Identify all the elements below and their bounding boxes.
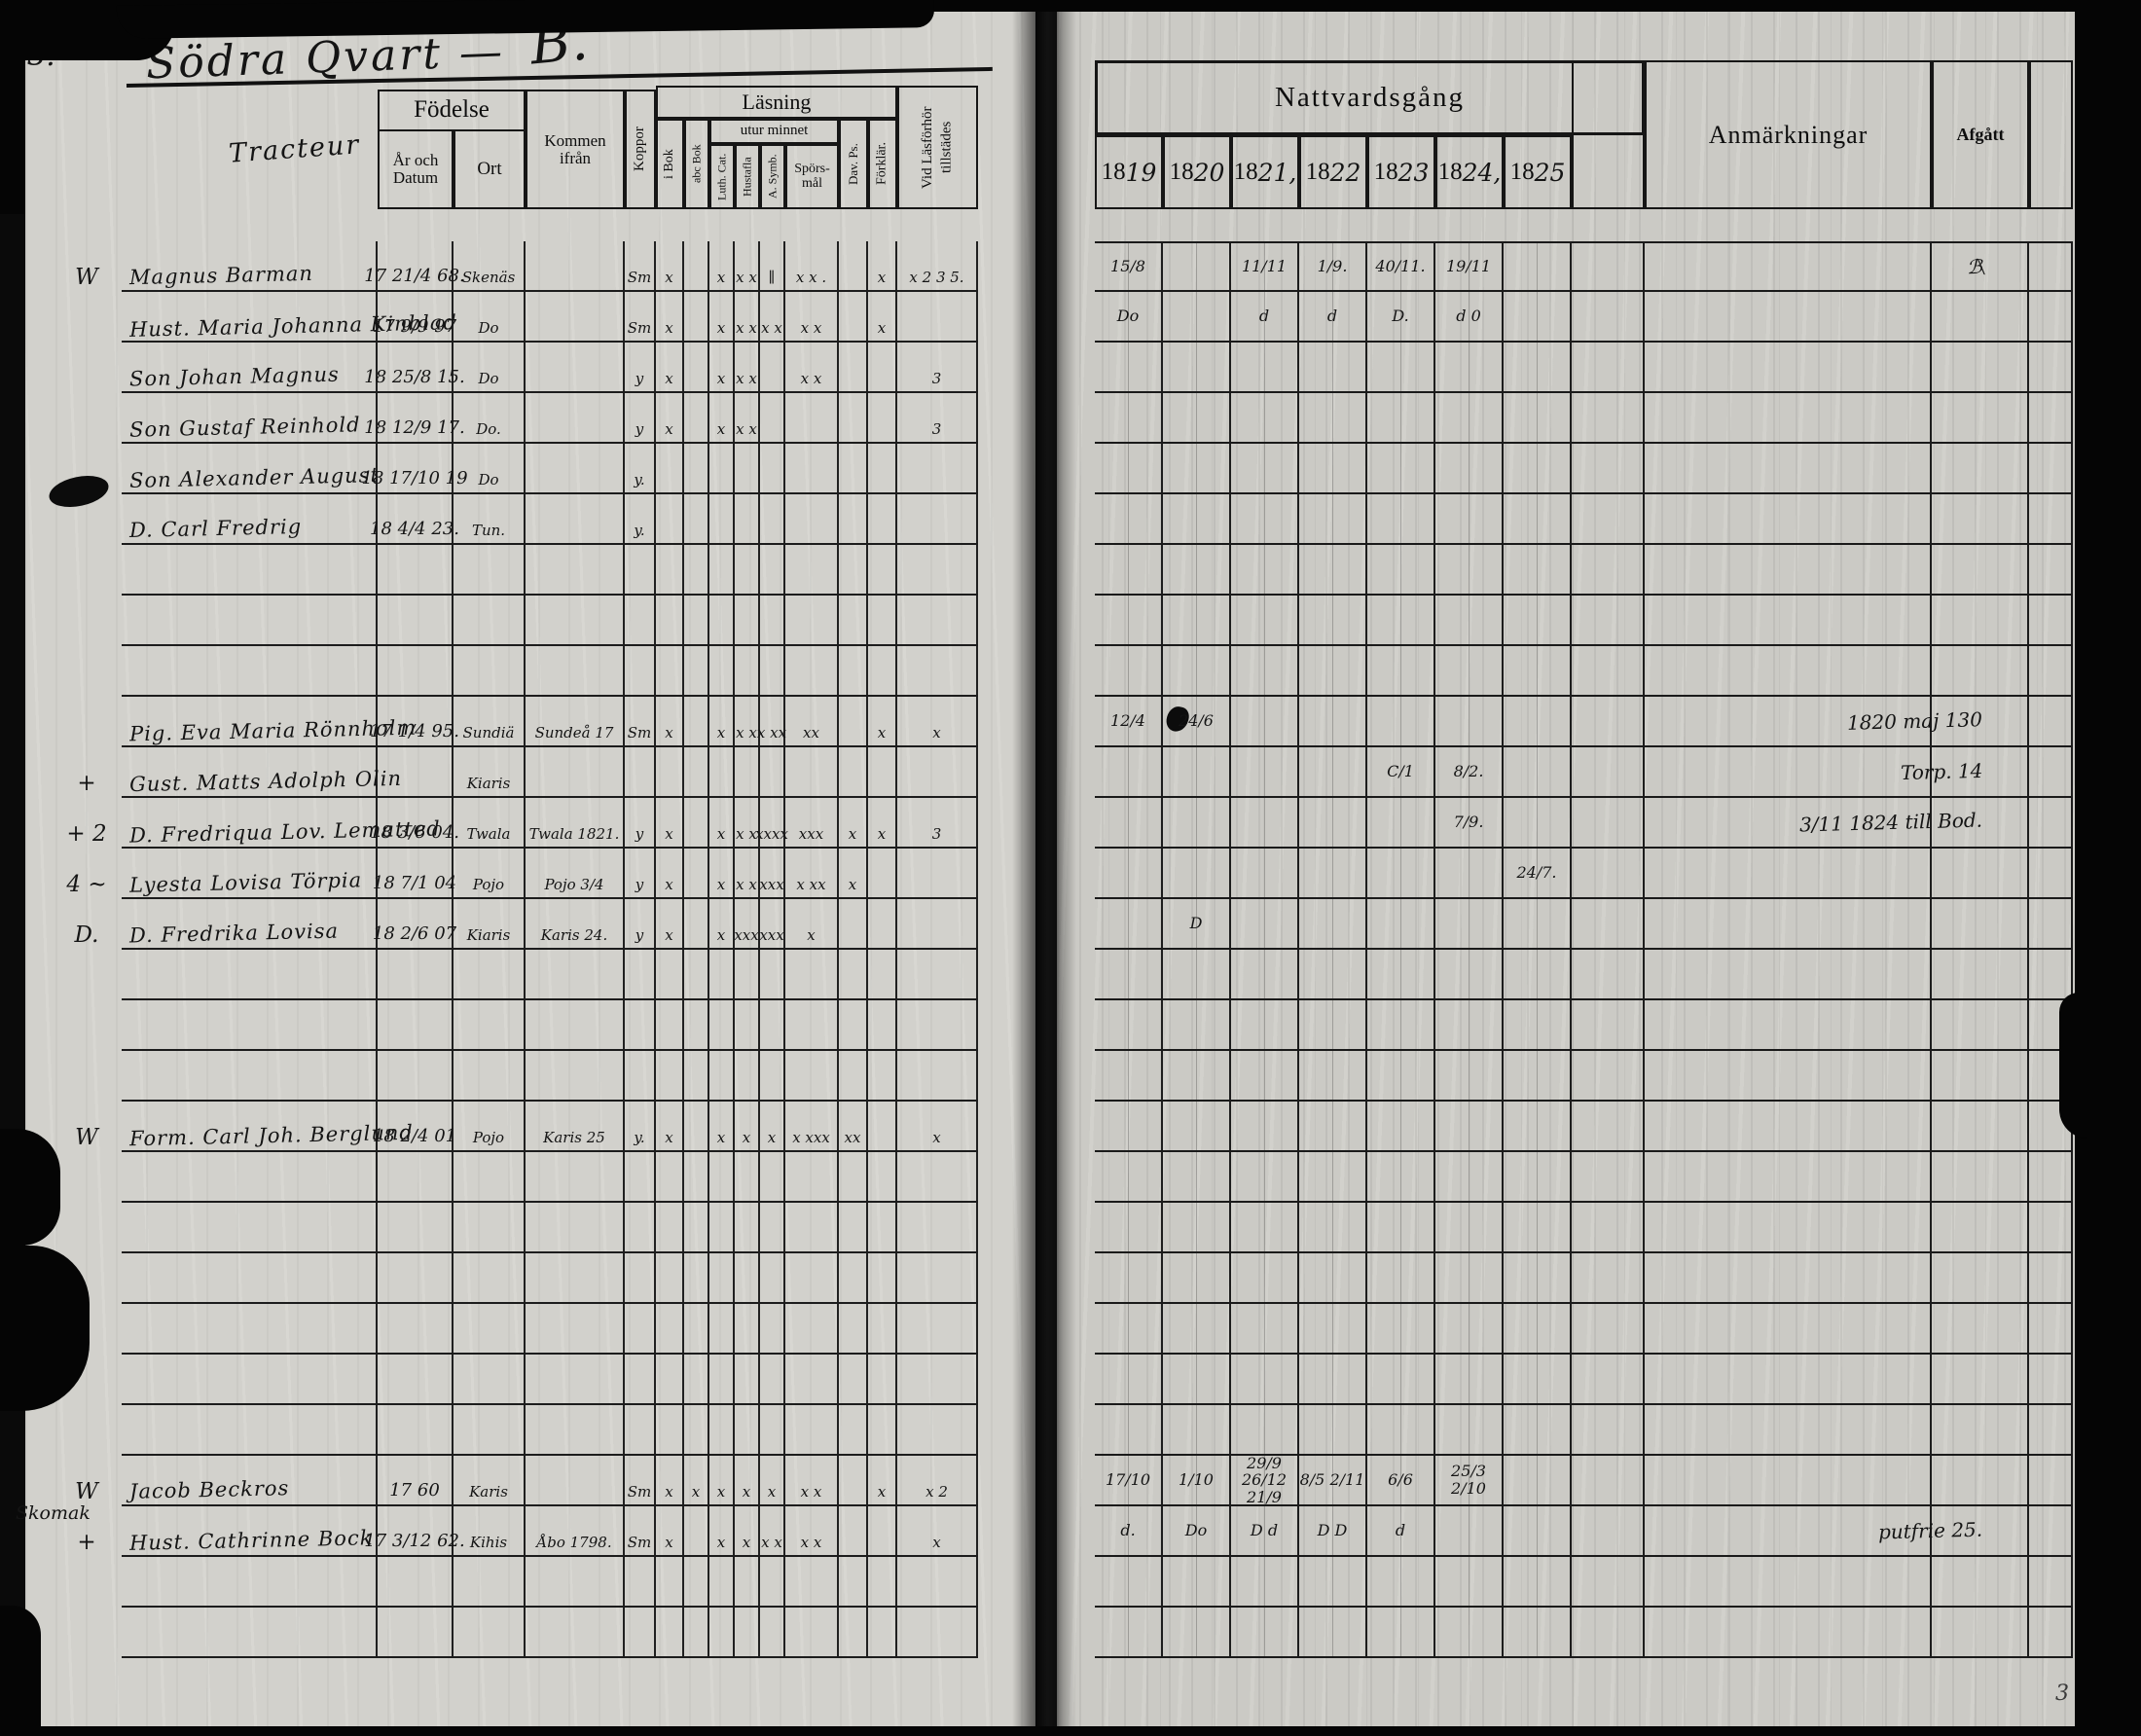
cell-spare (1572, 545, 1645, 594)
cell-luth (709, 1000, 735, 1049)
cell-name: D. Carl Fredrig (122, 494, 378, 543)
right-table-row: 7/9.3/11 1824 till Bod. (1095, 798, 2073, 849)
cell-ort: Kiaris (454, 899, 526, 948)
cell-birth (378, 1608, 454, 1656)
cell-birth (378, 1405, 454, 1454)
cell-y1 (1163, 1557, 1231, 1606)
year-subcolumn-line (1196, 1203, 1197, 1251)
cell-afgatt (1932, 646, 2029, 695)
cell-hust (735, 1203, 760, 1251)
year-subcolumn-line (1400, 1253, 1401, 1302)
cell-y4 (1367, 545, 1435, 594)
left-table-row: Hust. Cathrinne Bock17 3/12 62.KihisÅbo … (122, 1506, 978, 1557)
cell-y6 (1504, 1557, 1572, 1606)
cell-ibok (656, 747, 684, 796)
cell-y6 (1504, 1102, 1572, 1150)
cell-hust: x x (735, 849, 760, 897)
cell-y3 (1299, 343, 1367, 391)
year-subcolumn-line (1332, 1203, 1333, 1251)
cell-y6 (1504, 1203, 1572, 1251)
cell-luth (709, 1304, 735, 1353)
year-subcolumn-line (1469, 343, 1470, 391)
cell-spare (1572, 1355, 1645, 1403)
cell-spare (1572, 1456, 1645, 1504)
cell-spare (1572, 1506, 1645, 1555)
cell-abc (684, 697, 709, 745)
cell-y2 (1231, 1304, 1299, 1353)
cell-luth: x (709, 241, 735, 290)
cell-dav: xx (839, 1102, 868, 1150)
cell-hust (735, 1000, 760, 1049)
cell-till (897, 545, 978, 594)
cell-spors (785, 1304, 839, 1353)
year-header-1823: 1823 (1367, 135, 1435, 209)
cell-koppor: y (625, 899, 656, 948)
cell-kommen (526, 747, 625, 796)
year-subcolumn-line (1332, 1051, 1333, 1100)
year-subcolumn-line (1264, 1405, 1265, 1454)
year-subcolumn-line (1332, 596, 1333, 644)
cell-y5 (1435, 1506, 1504, 1555)
year-subcolumn-line (1469, 950, 1470, 998)
cell-y5 (1435, 646, 1504, 695)
cell-hust (735, 1405, 760, 1454)
cell-y5 (1435, 1355, 1504, 1403)
year-subcolumn-line (1400, 1405, 1401, 1454)
cell-dav (839, 292, 868, 341)
header-edge-column (2029, 60, 2073, 209)
cell-spors (785, 1253, 839, 1302)
year-subcolumn-line (1128, 1102, 1129, 1150)
year-subcolumn-line (1196, 849, 1197, 897)
cell-y4 (1367, 697, 1435, 745)
year-subcolumn-line (1196, 1557, 1197, 1606)
cell-spare (1572, 1405, 1645, 1454)
cell-ibok (656, 1304, 684, 1353)
cell-abc (684, 646, 709, 695)
cell-spare (1572, 697, 1645, 745)
cell-abc (684, 1203, 709, 1251)
year-subcolumn-line (1469, 545, 1470, 594)
right-table-row (1095, 1203, 2073, 1253)
cell-y4 (1367, 596, 1435, 644)
left-table-row (122, 1304, 978, 1355)
cell-y6 (1504, 343, 1572, 391)
year-subcolumn-line (1400, 1203, 1401, 1251)
cell-till (897, 1000, 978, 1049)
cell-ort: Twala (454, 798, 526, 847)
cell-y2 (1231, 393, 1299, 442)
year-subcolumn-line (1469, 1000, 1470, 1049)
cell-abc (684, 1304, 709, 1353)
cell-y1 (1163, 444, 1231, 492)
year-subcolumn-line (1332, 950, 1333, 998)
cell-koppor (625, 950, 656, 998)
cell-name: Hust. Cathrinne Bock (122, 1506, 378, 1555)
cell-spors (785, 747, 839, 796)
cell-y3 (1299, 1405, 1367, 1454)
cell-spare (1572, 494, 1645, 543)
left-table-row (122, 1000, 978, 1051)
year-subcolumn-line (1128, 1304, 1129, 1353)
cell-y5 (1435, 1152, 1504, 1201)
cell-fork (868, 393, 897, 442)
cell-y4 (1367, 1102, 1435, 1150)
year-subcolumn-line (1128, 1152, 1129, 1201)
cell-remark (1645, 343, 1932, 391)
cell-remark: Torp. 14 (1645, 747, 1932, 796)
cell-ibok (656, 1253, 684, 1302)
year-subcolumn-line (1537, 1304, 1538, 1353)
cell-koppor (625, 596, 656, 644)
year-subcolumn-line (1400, 1304, 1401, 1353)
cell-spors: x x . (785, 241, 839, 290)
cell-hust (735, 1608, 760, 1656)
cell-symb (760, 1000, 785, 1049)
cell-remark (1645, 1405, 1932, 1454)
cell-hust: x (735, 1102, 760, 1150)
cell-till (897, 849, 978, 897)
cell-y3: d (1299, 292, 1367, 341)
cell-y5 (1435, 393, 1504, 442)
cell-remark: 1820 maj 130 (1645, 697, 1932, 745)
cell-birth (378, 596, 454, 644)
scan-edge-bottom (0, 1726, 2141, 1736)
cell-till: 3 (897, 343, 978, 391)
cell-abc (684, 1506, 709, 1555)
cell-spare (1572, 444, 1645, 492)
cell-y4 (1367, 444, 1435, 492)
cell-y0 (1095, 1557, 1163, 1606)
cell-y3 (1299, 545, 1367, 594)
cell-till (897, 1608, 978, 1656)
year-subcolumn-line (1537, 444, 1538, 492)
cell-abc (684, 798, 709, 847)
year-subcolumn-line (1264, 950, 1265, 998)
cell-abc (684, 950, 709, 998)
cell-y2 (1231, 1203, 1299, 1251)
cell-name (122, 596, 378, 644)
cell-y4 (1367, 1355, 1435, 1403)
cell-luth: x (709, 849, 735, 897)
cell-birth (378, 747, 454, 796)
cell-abc (684, 1000, 709, 1049)
cell-fork (868, 343, 897, 391)
cell-hust (735, 444, 760, 492)
year-subcolumn-line (1400, 646, 1401, 695)
cell-edge (2029, 1506, 2073, 1555)
cell-y5 (1435, 1405, 1504, 1454)
margin-note: D. (54, 899, 119, 950)
year-subcolumn-line (1469, 1051, 1470, 1100)
cell-y1 (1163, 1253, 1231, 1302)
cell-fork (868, 1405, 897, 1454)
cell-y6 (1504, 1051, 1572, 1100)
cell-dav (839, 1355, 868, 1403)
cell-ort: Pojo (454, 849, 526, 897)
cell-hust: x x (735, 343, 760, 391)
cell-kommen (526, 292, 625, 341)
cell-edge (2029, 1557, 2073, 1606)
cell-y6 (1504, 1608, 1572, 1656)
year-subcolumn-line (1469, 1152, 1470, 1201)
cell-abc (684, 1051, 709, 1100)
cell-y1 (1163, 1000, 1231, 1049)
cell-spare (1572, 1000, 1645, 1049)
year-subcolumn-line (1196, 393, 1197, 442)
cell-y0 (1095, 1405, 1163, 1454)
cell-y5 (1435, 1253, 1504, 1302)
left-table-row: D. Fredrika Lovisa18 2/6 07KiarisKaris 2… (122, 899, 978, 950)
cell-y3: 8/5 2/11 (1299, 1456, 1367, 1504)
right-table-row (1095, 494, 2073, 545)
cell-y2 (1231, 1405, 1299, 1454)
year-subcolumn-line (1400, 1102, 1401, 1150)
cell-y3 (1299, 1253, 1367, 1302)
year-subcolumn-line (1196, 747, 1197, 796)
cell-y2 (1231, 646, 1299, 695)
cell-kommen (526, 241, 625, 290)
year-subcolumn-line (1469, 393, 1470, 442)
year-subcolumn-line (1537, 1456, 1538, 1504)
cell-name: Hust. Maria Johanna Kinblad (122, 292, 378, 341)
cell-name (122, 1608, 378, 1656)
cell-y6 (1504, 1000, 1572, 1049)
header-anmarkningar: Anmärkningar (1645, 60, 1932, 209)
cell-dav (839, 393, 868, 442)
cell-y0 (1095, 646, 1163, 695)
cell-name (122, 950, 378, 998)
cell-y5 (1435, 950, 1504, 998)
margin-note: 4 ~ (54, 849, 119, 899)
cell-fork (868, 1152, 897, 1201)
cell-y5: 19/11 (1435, 243, 1504, 290)
year-subcolumn-line (1400, 1051, 1401, 1100)
cell-dav (839, 1506, 868, 1555)
cell-remark (1645, 292, 1932, 341)
cell-dav (839, 1304, 868, 1353)
cell-hust (735, 747, 760, 796)
cell-kommen: Pojo 3/4 (526, 849, 625, 897)
cell-till: 3 (897, 393, 978, 442)
cell-y2 (1231, 697, 1299, 745)
cell-symb: x x (760, 1506, 785, 1555)
cell-y0 (1095, 1355, 1163, 1403)
cell-y1 (1163, 393, 1231, 442)
cell-y3 (1299, 899, 1367, 948)
year-subcolumn-line (1537, 1506, 1538, 1555)
year-subcolumn-line (1537, 646, 1538, 695)
cell-symb (760, 393, 785, 442)
year-subcolumn-line (1332, 1608, 1333, 1656)
cell-koppor (625, 1304, 656, 1353)
cell-kommen (526, 1355, 625, 1403)
cell-edge (2029, 1355, 2073, 1403)
year-subcolumn-line (1400, 950, 1401, 998)
cell-ort: Karis (454, 1456, 526, 1504)
left-table-row (122, 646, 978, 697)
cell-remark (1645, 494, 1932, 543)
cell-birth: 17 9/9 97 (378, 292, 454, 341)
cell-name (122, 1304, 378, 1353)
year-subcolumn-line (1264, 1304, 1265, 1353)
cell-luth (709, 747, 735, 796)
cell-y0 (1095, 950, 1163, 998)
header-sporsmal: Spörs-mål (785, 144, 839, 209)
left-table-row: Hust. Maria Johanna Kinblad17 9/9 97DoSm… (122, 292, 978, 343)
cell-luth: x (709, 393, 735, 442)
cell-y3 (1299, 798, 1367, 847)
cell-y4: 6/6 (1367, 1456, 1435, 1504)
year-subcolumn-line (1128, 1405, 1129, 1454)
header-spare-column (1572, 60, 1645, 209)
cell-abc (684, 545, 709, 594)
cell-spors (785, 646, 839, 695)
cell-y1 (1163, 747, 1231, 796)
cell-edge (2029, 1456, 2073, 1504)
cell-till (897, 1152, 978, 1201)
cell-y1 (1163, 950, 1231, 998)
cell-y1: 1/10 (1163, 1456, 1231, 1504)
year-subcolumn-line (1537, 1405, 1538, 1454)
cell-abc (684, 1102, 709, 1150)
year-subcolumn-line (1128, 646, 1129, 695)
cell-kommen (526, 545, 625, 594)
cell-abc (684, 1557, 709, 1606)
cell-luth: x (709, 899, 735, 948)
cell-spors: x x (785, 1456, 839, 1504)
cell-hust (735, 1152, 760, 1201)
right-table-row (1095, 393, 2073, 444)
cell-y0 (1095, 545, 1163, 594)
year-subcolumn-line (1128, 1557, 1129, 1606)
cell-abc (684, 343, 709, 391)
year-subcolumn-line (1400, 1355, 1401, 1403)
cell-spare (1572, 849, 1645, 897)
right-table-row (1095, 646, 2073, 697)
cell-hust (735, 646, 760, 695)
year-subcolumn-line (1400, 343, 1401, 391)
cell-spors: x xx (785, 849, 839, 897)
right-table-row (1095, 444, 2073, 494)
cell-abc (684, 1253, 709, 1302)
year-subcolumn-line (1469, 1304, 1470, 1353)
cell-y4 (1367, 798, 1435, 847)
cell-fork (868, 1051, 897, 1100)
cell-spare (1572, 1102, 1645, 1150)
cell-symb (760, 343, 785, 391)
year-subcolumn-line (1332, 1253, 1333, 1302)
cell-koppor: y (625, 798, 656, 847)
year-subcolumn-line (1128, 1051, 1129, 1100)
cell-koppor: y. (625, 1102, 656, 1150)
cell-y0: d. (1095, 1506, 1163, 1555)
cell-remark (1645, 393, 1932, 442)
cell-till (897, 1405, 978, 1454)
header-i-bok: i Bok (656, 119, 684, 209)
year-subcolumn-line (1469, 849, 1470, 897)
cell-name (122, 1405, 378, 1454)
year-subcolumn-line (1332, 1355, 1333, 1403)
cell-y4 (1367, 646, 1435, 695)
cell-fork (868, 646, 897, 695)
cell-remark (1645, 1203, 1932, 1251)
cell-spors (785, 596, 839, 644)
right-table-row: d.DoD dD Ddputfrie 25. (1095, 1506, 2073, 1557)
cell-fork: x (868, 697, 897, 745)
header-dav-ps: Dav. Ps. (839, 119, 868, 209)
cell-ort: Skenäs (454, 241, 526, 290)
page-gutter-shadow (1012, 0, 1076, 1736)
right-table-row (1095, 1152, 2073, 1203)
cell-name: Son Alexander August (122, 444, 378, 492)
left-table-row: Gust. Matts Adolph OlinKiaris (122, 747, 978, 798)
cell-ibok (656, 1000, 684, 1049)
cell-fork: x (868, 1456, 897, 1504)
cell-y6 (1504, 1506, 1572, 1555)
cell-dav (839, 241, 868, 290)
year-subcolumn-line (1196, 494, 1197, 543)
cell-kommen (526, 1203, 625, 1251)
cell-abc (684, 292, 709, 341)
cell-y3 (1299, 849, 1367, 897)
cell-y0 (1095, 444, 1163, 492)
cell-spare (1572, 1253, 1645, 1302)
cell-symb: x x (760, 292, 785, 341)
cell-y2 (1231, 1102, 1299, 1150)
cell-ibok (656, 1608, 684, 1656)
cell-y4 (1367, 1608, 1435, 1656)
cell-kommen (526, 596, 625, 644)
cell-y2 (1231, 1051, 1299, 1100)
year-subcolumn-line (1400, 849, 1401, 897)
left-table-row: Son Alexander August18 17/10 19Doy. (122, 444, 978, 494)
cell-kommen (526, 1557, 625, 1606)
year-subcolumn-line (1264, 1557, 1265, 1606)
cell-edge (2029, 393, 2073, 442)
cell-y0 (1095, 1304, 1163, 1353)
left-table-row (122, 1051, 978, 1102)
year-subcolumn-line (1196, 798, 1197, 847)
cell-kommen (526, 494, 625, 543)
cell-till (897, 292, 978, 341)
cell-dav (839, 596, 868, 644)
cell-fork: x (868, 241, 897, 290)
left-table-row: Form. Carl Joh. Berglund18 2/4 01PojoKar… (122, 1102, 978, 1152)
cell-ibok: x (656, 1456, 684, 1504)
cell-spors: x (785, 899, 839, 948)
year-subcolumn-line (1128, 596, 1129, 644)
cell-kommen: Twala 1821. (526, 798, 625, 847)
header-koppor: Koppor (625, 90, 656, 209)
year-subcolumn-line (1128, 1355, 1129, 1403)
cell-y1 (1163, 1051, 1231, 1100)
cell-y2: d (1231, 292, 1299, 341)
left-table-row (122, 1253, 978, 1304)
cell-abc (684, 241, 709, 290)
cell-name: Gust. Matts Adolph Olin (122, 747, 378, 796)
year-subcolumn-line (1537, 899, 1538, 948)
cell-edge (2029, 1152, 2073, 1201)
cell-ort: Do. (454, 393, 526, 442)
cell-y1 (1163, 646, 1231, 695)
cell-luth (709, 1608, 735, 1656)
cell-y6 (1504, 1152, 1572, 1201)
year-subcolumn-line (1469, 1102, 1470, 1150)
cell-y3: 1/9. (1299, 243, 1367, 290)
right-table-row: D (1095, 899, 2073, 950)
cell-y5 (1435, 343, 1504, 391)
